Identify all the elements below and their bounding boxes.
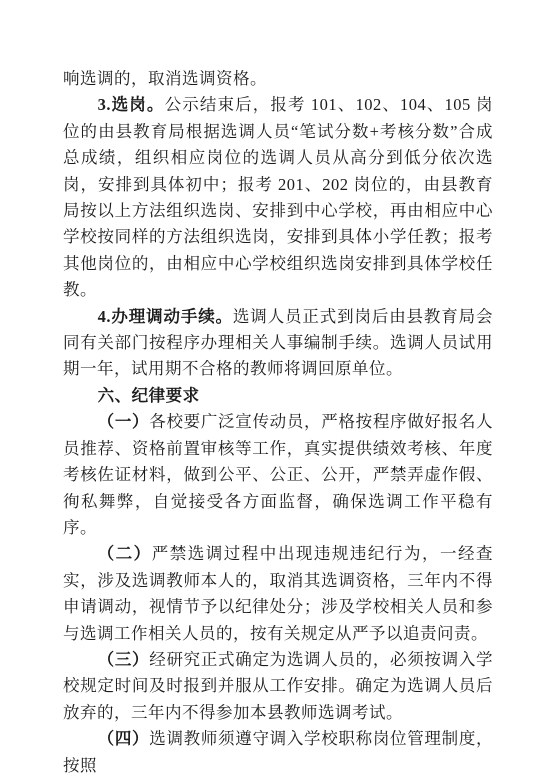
paragraph: （一）各校要广泛宣传动员，严格按程序做好报名人员推荐、资格前置审核等工作，真实提…	[63, 409, 493, 541]
text-run: 4.办理调动手续。	[98, 307, 233, 326]
text-run: （三）	[98, 650, 150, 669]
paragraph: 3.选岗。公示结束后，报考 101、102、104、105 岗位的由县教育局根据…	[63, 92, 493, 303]
text-run: 六、纪律要求	[98, 387, 200, 405]
text-run: 3.选岗。	[98, 95, 165, 114]
text-run: 响选调的，取消选调资格。	[63, 69, 267, 88]
text-run: （四）	[98, 729, 150, 748]
paragraph: 响选调的，取消选调资格。	[63, 66, 493, 92]
document-body: 响选调的，取消选调资格。3.选岗。公示结束后，报考 101、102、104、10…	[63, 66, 493, 779]
page-number: 7	[0, 701, 554, 717]
paragraph: （四）选调教师须遵守调入学校职称岗位管理制度，按照	[63, 726, 493, 779]
text-run: 公示结束后，报考 101、102、104、105 岗位的由县教育局根据选调人员“…	[63, 95, 493, 299]
document-page: 响选调的，取消选调资格。3.选岗。公示结束后，报考 101、102、104、10…	[0, 0, 554, 784]
paragraph: （二）严禁选调过程中出现违规违纪行为，一经查实，涉及选调教师本人的，取消其选调资…	[63, 541, 493, 647]
text-run: （二）	[98, 544, 152, 563]
section-heading: 六、纪律要求	[63, 383, 493, 409]
paragraph: 4.办理调动手续。选调人员正式到岗后由县教育局会同有关部门按程序办理相关人事编制…	[63, 304, 493, 383]
text-run: （一）	[98, 412, 150, 431]
